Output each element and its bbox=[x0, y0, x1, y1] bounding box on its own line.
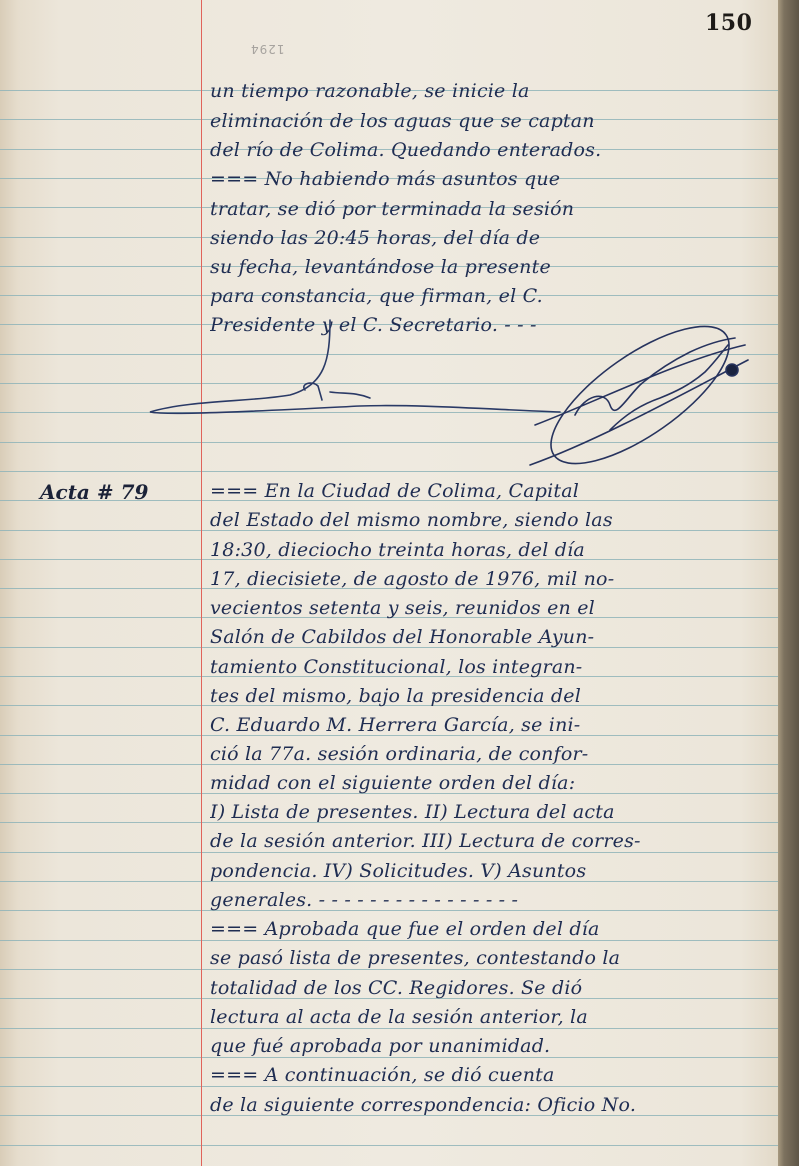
text-line: se pasó lista de presentes, contestando … bbox=[210, 943, 775, 973]
text-line: tamiento Constitucional, los integran- bbox=[210, 652, 775, 682]
text-line: I) Lista de presentes. II) Lectura del a… bbox=[210, 797, 775, 827]
text-line: midad con el siguiente orden del día: bbox=[210, 768, 775, 798]
text-line: de la siguiente correspondencia: Oficio … bbox=[210, 1090, 775, 1120]
text-line: totalidad de los CC. Regidores. Se dió bbox=[210, 973, 775, 1003]
ledger-page: 150 1294 un tiempo razonable, se inicie … bbox=[0, 0, 778, 1166]
text-line: === En la Ciudad de Colima, Capital bbox=[210, 476, 775, 506]
text-line: pondencia. IV) Solicitudes. V) Asuntos bbox=[210, 856, 775, 886]
text-line: C. Eduardo M. Herrera García, se ini- bbox=[210, 710, 775, 740]
signature-secretario bbox=[530, 302, 749, 488]
text-line: del Estado del mismo nombre, siendo las bbox=[210, 505, 775, 535]
text-line: ció la 77a. sesión ordinaria, de confor- bbox=[210, 739, 775, 769]
text-line: tes del mismo, bajo la presidencia del bbox=[210, 681, 775, 711]
text-line: vecientos setenta y seis, reunidos en el bbox=[210, 593, 775, 623]
page-edge-shadow bbox=[778, 0, 799, 1166]
text-line: lectura al acta de la sesión anterior, l… bbox=[210, 1002, 775, 1032]
text-line: que fué aprobada por unanimidad. bbox=[210, 1031, 775, 1061]
text-line: de la sesión anterior. III) Lectura de c… bbox=[210, 826, 775, 856]
text-line: generales. - - - - - - - - - - - - - - -… bbox=[210, 885, 775, 915]
text-line: === Aprobada que fue el orden del día bbox=[210, 914, 775, 944]
signature-presidente bbox=[150, 320, 560, 413]
text-line: 18:30, dieciocho treinta horas, del día bbox=[210, 535, 775, 565]
text-line: === A continuación, se dió cuenta bbox=[210, 1060, 775, 1090]
acta-number-label: Acta # 79 bbox=[40, 480, 148, 504]
text-line: 17, diecisiete, de agosto de 1976, mil n… bbox=[210, 564, 775, 594]
text-line: Salón de Cabildos del Honorable Ayun- bbox=[210, 622, 775, 652]
